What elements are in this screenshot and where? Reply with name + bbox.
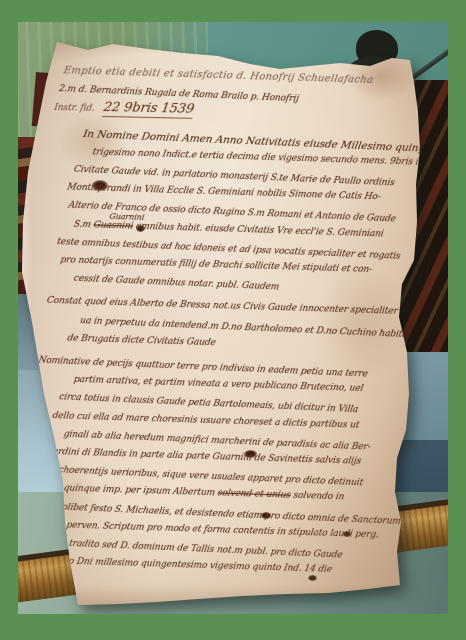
manuscript-page: Emptio etia debiti et satisfactio d. Hon… bbox=[18, 22, 448, 614]
manuscript-paper: Emptio etia debiti et satisfactio d. Hon… bbox=[18, 22, 448, 614]
guarnini-rest: omnibus habit. eiusde Civitatis Vre eccl… bbox=[135, 221, 384, 239]
manuscript-date: 22 9bris 1539 bbox=[102, 100, 195, 119]
handwritten-text-block: Emptio etia debiti et satisfactio d. Hon… bbox=[36, 62, 411, 584]
manuscript-photo: Emptio etia debiti et satisfactio d. Hon… bbox=[18, 22, 448, 614]
green-frame: Emptio etia debiti et satisfactio d. Hon… bbox=[0, 0, 466, 640]
inserted-correction-word: Guarnini bbox=[108, 208, 146, 227]
guarnini-prefix: S.m bbox=[73, 219, 92, 229]
struck-passage: solvend et unius bbox=[217, 489, 292, 501]
date-prefix: Instr. fid. bbox=[53, 103, 95, 114]
payment-suffix: solvendo in bbox=[292, 491, 344, 503]
payment-prefix: quinque imp. per ipsum Albertum bbox=[63, 484, 216, 499]
